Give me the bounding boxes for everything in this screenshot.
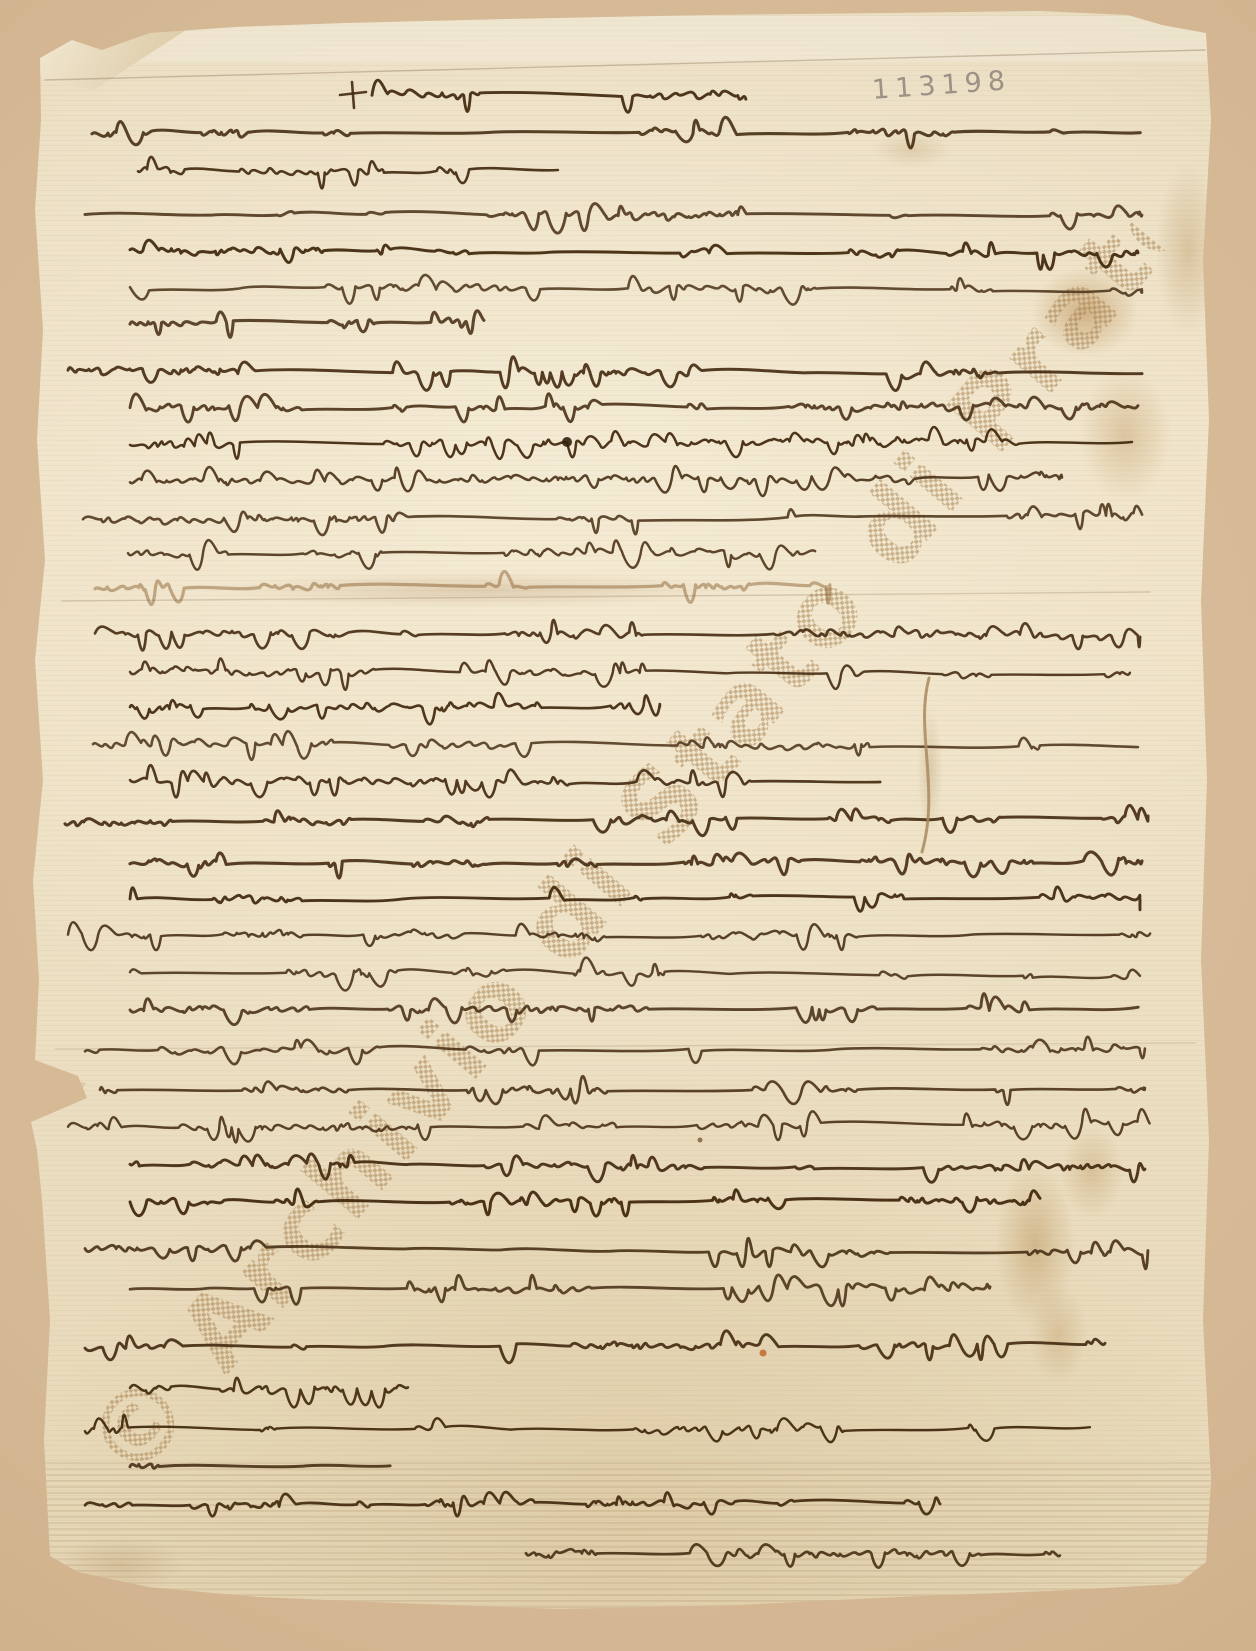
handwriting-line [130,693,660,724]
handwriting-line [138,157,558,188]
header-cross-icon [352,82,354,108]
handwriting-layer [0,0,1256,1651]
handwriting-line [85,1492,940,1516]
handwriting-line [130,887,1140,911]
handwriting-line [130,427,1132,459]
handwriting-line [130,994,1138,1025]
handwriting-line [130,240,1138,269]
fold-crease [62,592,1150,601]
ink-blot [698,1138,703,1143]
handwriting-line [68,1109,1150,1143]
fold-crease [55,1043,1195,1049]
handwriting-line [372,80,746,112]
handwriting-line [130,1378,408,1408]
handwriting-line [130,765,880,797]
handwriting-line [130,1464,390,1468]
handwriting-line [128,540,815,570]
handwriting-line [130,466,1062,496]
handwriting-line [130,1275,990,1306]
handwriting-line [65,805,1148,835]
fold-crease [45,50,1205,80]
handwriting-line [85,1238,1148,1269]
handwriting-line [130,1154,1145,1182]
ink-blot [562,437,572,447]
handwriting-line [85,1415,1090,1442]
paper-fiber [922,678,929,852]
handwriting-line [130,958,1140,991]
manuscript-photo: © Archivio di Stato di Prato 113198 [0,0,1256,1651]
handwriting-line [93,731,1138,760]
handwriting-line [130,275,1142,305]
handwriting-line [100,1076,1145,1105]
handwriting-line [130,394,1138,422]
handwriting-line [526,1544,1060,1567]
handwriting-line [85,1037,1145,1066]
handwriting-line [130,311,484,337]
handwriting-line [95,620,1140,650]
handwriting-line [92,117,1140,148]
handwriting-line [83,504,1142,535]
manuscript-page: © Archivio di Stato di Prato 113198 [0,0,1256,1651]
handwriting-line [68,357,1142,391]
handwriting-line [130,1189,1040,1216]
handwriting-line [85,1331,1105,1363]
handwriting-line [68,922,1150,950]
handwriting-line [130,852,1142,878]
handwriting-line [85,204,1142,234]
handwriting-line [130,659,1130,690]
ink-blot [760,1350,767,1357]
